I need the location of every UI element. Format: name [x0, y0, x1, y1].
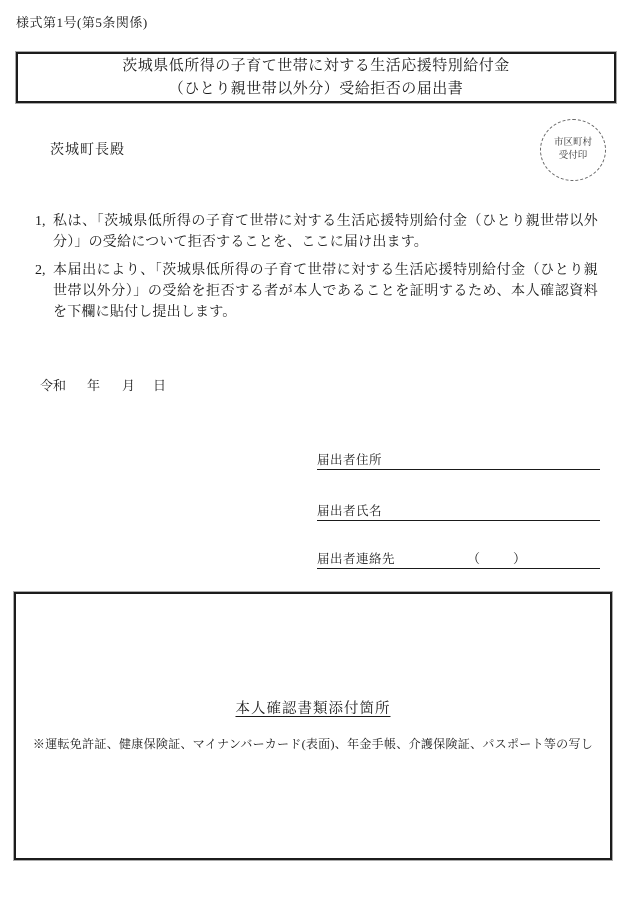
clause-item-2: 2, 本届出により、「茨城県低所得の子育て世帯に対する生活応援特別給付金（ひとり… [35, 260, 598, 323]
declarant-address-label: 届出者住所 [317, 450, 382, 468]
declarant-contact-field: 届出者連絡先 （ ） [317, 551, 600, 569]
clause-number: 2, [35, 260, 53, 323]
declarant-contact-label: 届出者連絡先 [317, 549, 395, 567]
receipt-stamp-line-1: 市区町村 [554, 137, 592, 150]
id-attachment-note: ※運転免許証、健康保険証、マイナンバーカード(表面)、年金手帳、介護保険証、パス… [16, 735, 610, 752]
id-attachment-box: 本人確認書類添付箇所 ※運転免許証、健康保険証、マイナンバーカード(表面)、年金… [14, 592, 612, 860]
declarant-name-label: 届出者氏名 [317, 501, 382, 519]
date-era-label: 令和 [40, 375, 87, 394]
addressee: 茨城町長殿 [50, 139, 125, 159]
declarant-name-field: 届出者氏名 [317, 503, 600, 521]
date-year-label: 年 [87, 375, 122, 394]
clause-list: 1, 私は、「茨城県低所得の子育て世帯に対する生活応援特別給付金（ひとり親世帯以… [35, 211, 598, 330]
form-title-box: 茨城県低所得の子育て世帯に対する生活応援特別給付金 （ひとり親世帯以外分）受給拒… [16, 52, 616, 103]
receipt-stamp-line-2: 受付印 [559, 150, 588, 163]
date-line: 令和年月日 [40, 375, 166, 394]
notification-form-page: 様式第1号(第5条関係) 茨城県低所得の子育て世帯に対する生活応援特別給付金 （… [0, 0, 630, 903]
declarant-address-field: 届出者住所 [317, 452, 600, 470]
form-title-line-2: （ひとり親世帯以外分）受給拒否の届出書 [169, 78, 464, 101]
clause-text: 本届出により、「茨城県低所得の子育て世帯に対する生活応援特別給付金（ひとり親世帯… [53, 260, 598, 323]
contact-paren-close: ） [513, 548, 527, 567]
clause-number: 1, [35, 211, 53, 253]
date-day-label: 日 [153, 375, 166, 394]
contact-paren-open: （ [467, 548, 481, 567]
clause-item-1: 1, 私は、「茨城県低所得の子育て世帯に対する生活応援特別給付金（ひとり親世帯以… [35, 211, 598, 253]
clause-text: 私は、「茨城県低所得の子育て世帯に対する生活応援特別給付金（ひとり親世帯以外分）… [53, 211, 598, 253]
id-attachment-heading: 本人確認書類添付箇所 [16, 697, 610, 718]
receipt-stamp-placeholder: 市区町村 受付印 [540, 119, 606, 181]
form-title-line-1: 茨城県低所得の子育て世帯に対する生活応援特別給付金 [122, 55, 510, 78]
form-number: 様式第1号(第5条関係) [16, 12, 148, 31]
date-month-label: 月 [122, 375, 153, 394]
